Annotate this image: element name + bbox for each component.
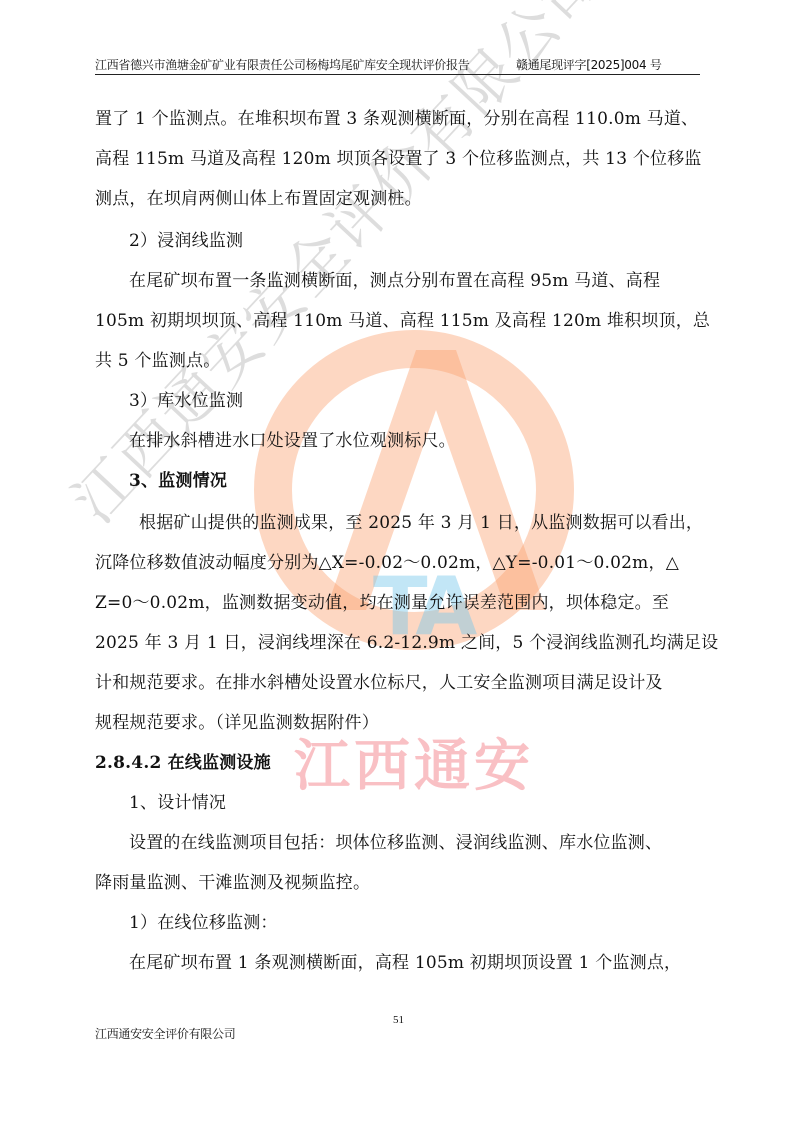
- body-line: 共 5 个监测点。: [95, 349, 220, 373]
- page-header: 江西省德兴市渔塘金矿矿业有限责任公司杨梅坞尾矿库安全现状评价报告 赣通尾现评字[…: [95, 56, 700, 75]
- body-line: 规程规范要求。（详见监测数据附件）: [95, 711, 379, 735]
- body-line: 测点，在坝肩两侧山体上布置固定观测桩。: [95, 187, 422, 211]
- footer-company: 江西通安安全评价有限公司: [95, 1025, 235, 1042]
- body-line: 在尾矿坝布置 1 条观测横断面，高程 105m 初期坝顶设置 1 个监测点，: [129, 951, 681, 975]
- body-line: 降雨量监测、干滩监测及视频监控。: [95, 871, 370, 895]
- body-line: 沉降位移数值波动幅度分别为△X=-0.02～0.02m，△Y=-0.01～0.0…: [95, 551, 679, 575]
- subheading-seepage-line: 2）浸润线监测: [129, 229, 243, 253]
- subheading-online-displacement: 1）在线位移监测：: [129, 911, 278, 935]
- body-line: 在尾矿坝布置一条监测横断面，测点分别布置在高程 95m 马道、高程: [129, 269, 660, 293]
- body-line: 2025 年 3 月 1 日，浸润线埋深在 6.2-12.9m 之间，5 个浸润…: [95, 631, 718, 655]
- subheading-design: 1、设计情况: [129, 791, 226, 815]
- body-line: Z=0～0.02m，监测数据变动值，均在测量允许误差范围内，坝体稳定。至: [95, 591, 669, 615]
- report-title: 江西省德兴市渔塘金矿矿业有限责任公司杨梅坞尾矿库安全现状评价报告: [95, 56, 469, 74]
- body-line: 计和规范要求。在排水斜槽处设置水位标尺，人工安全监测项目满足设计及: [95, 671, 663, 695]
- body-line: 105m 初期坝坝顶、高程 110m 马道、高程 115m 及高程 120m 堆…: [95, 309, 710, 333]
- body-line: 置了 1 个监测点。在堆积坝布置 3 条观测横断面，分别在高程 110.0m 马…: [95, 107, 698, 131]
- body-line: 根据矿山提供的监测成果，至 2025 年 3 月 1 日，从监测数据可以看出，: [139, 511, 703, 535]
- page-number: 51: [393, 1014, 404, 1026]
- section-heading-monitoring-status: 3、监测情况: [129, 469, 227, 493]
- body-line: 在排水斜槽进水口处设置了水位观测标尺。: [129, 429, 456, 453]
- body-line: 高程 115m 马道及高程 120m 坝顶各设置了 3 个位移监测点，共 13 …: [95, 147, 702, 171]
- section-heading-2-8-4-2: 2.8.4.2 在线监测设施: [95, 751, 271, 775]
- document-page: TA 江西通安安全评价有限公司 江西通安 江西省德兴市渔塘金矿矿业有限责任公司杨…: [0, 0, 793, 1122]
- subheading-water-level: 3）库水位监测: [129, 389, 243, 413]
- doc-number: 赣通尾现评字[2025]004 号: [516, 56, 662, 74]
- body-line: 设置的在线监测项目包括：坝体位移监测、浸润线监测、库水位监测、: [129, 831, 662, 855]
